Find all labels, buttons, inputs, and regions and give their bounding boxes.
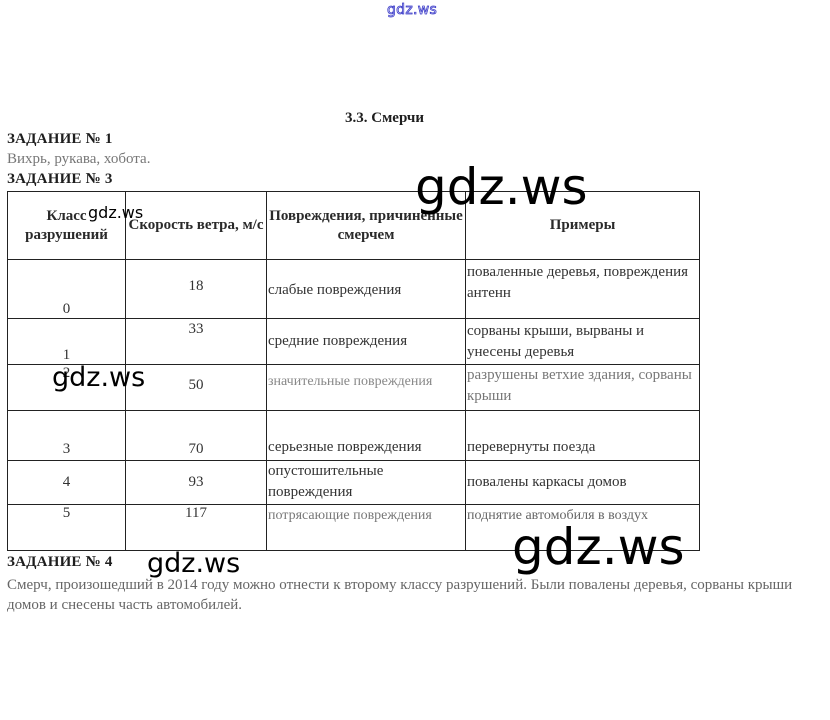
cell-class: 4 [8,461,126,505]
cell-speed: 93 [126,461,267,505]
watermark-overlay: gdz.ws [415,158,588,216]
cell-damage: потрясающие повреждения [267,505,466,551]
watermark-overlay: gdz.ws [88,203,143,222]
section-title: 3.3. Смерчи [345,110,424,127]
cell-examples: разрушены ветхие здания, сорваны крыши [466,365,700,411]
cell-class: 3 [8,411,126,461]
cell-speed: 70 [126,411,267,461]
table-row: 3 70 серьезные повреждения перевернуты п… [8,411,700,461]
cell-damage: слабые повреждения [267,260,466,319]
cell-damage: опустошительные повреждения [267,461,466,505]
cell-class: 0 [8,260,126,319]
table-row: 1 33 средние повреждения сорваны крыши, … [8,319,700,365]
table-row: 0 18 слабые повреждения поваленные дерев… [8,260,700,319]
task-1-heading: ЗАДАНИЕ № 1 [7,131,113,148]
cell-damage: значительные повреждения [267,365,466,411]
header-wind-speed: Скорость ветра, м/с [126,192,267,260]
cell-examples: поваленные деревья, повреждения антенн [466,260,700,319]
watermark-overlay: gdz.ws [52,362,145,393]
cell-speed: 33 [126,319,267,365]
watermark-header: gdz.ws [387,2,437,18]
cell-examples: перевернуты поезда [466,411,700,461]
cell-speed: 18 [126,260,267,319]
cell-speed: 117 [126,505,267,551]
task-3-heading: ЗАДАНИЕ № 3 [7,171,113,188]
cell-damage: средние повреждения [267,319,466,365]
watermark-overlay: gdz.ws [512,518,685,576]
cell-speed: 50 [126,365,267,411]
cell-examples: повалены каркасы домов [466,461,700,505]
table-row: 4 93 опустошительные повреждения повален… [8,461,700,505]
cell-class: 5 [8,505,126,551]
task-4-answer: Смерч, произошедший в 2014 году можно от… [7,575,827,615]
cell-examples: сорваны крыши, вырваны и унесены деревья [466,319,700,365]
cell-damage: серьезные повреждения [267,411,466,461]
task-4-heading: ЗАДАНИЕ № 4 [7,554,113,571]
table-header-row: Класс разрушений Скорость ветра, м/с Пов… [8,192,700,260]
cell-class: 1 [8,319,126,365]
header-class: Класс разрушений [8,192,126,260]
watermark-overlay: gdz.ws [147,548,240,579]
task-1-answer: Вихрь, рукава, хобота. [7,151,150,168]
